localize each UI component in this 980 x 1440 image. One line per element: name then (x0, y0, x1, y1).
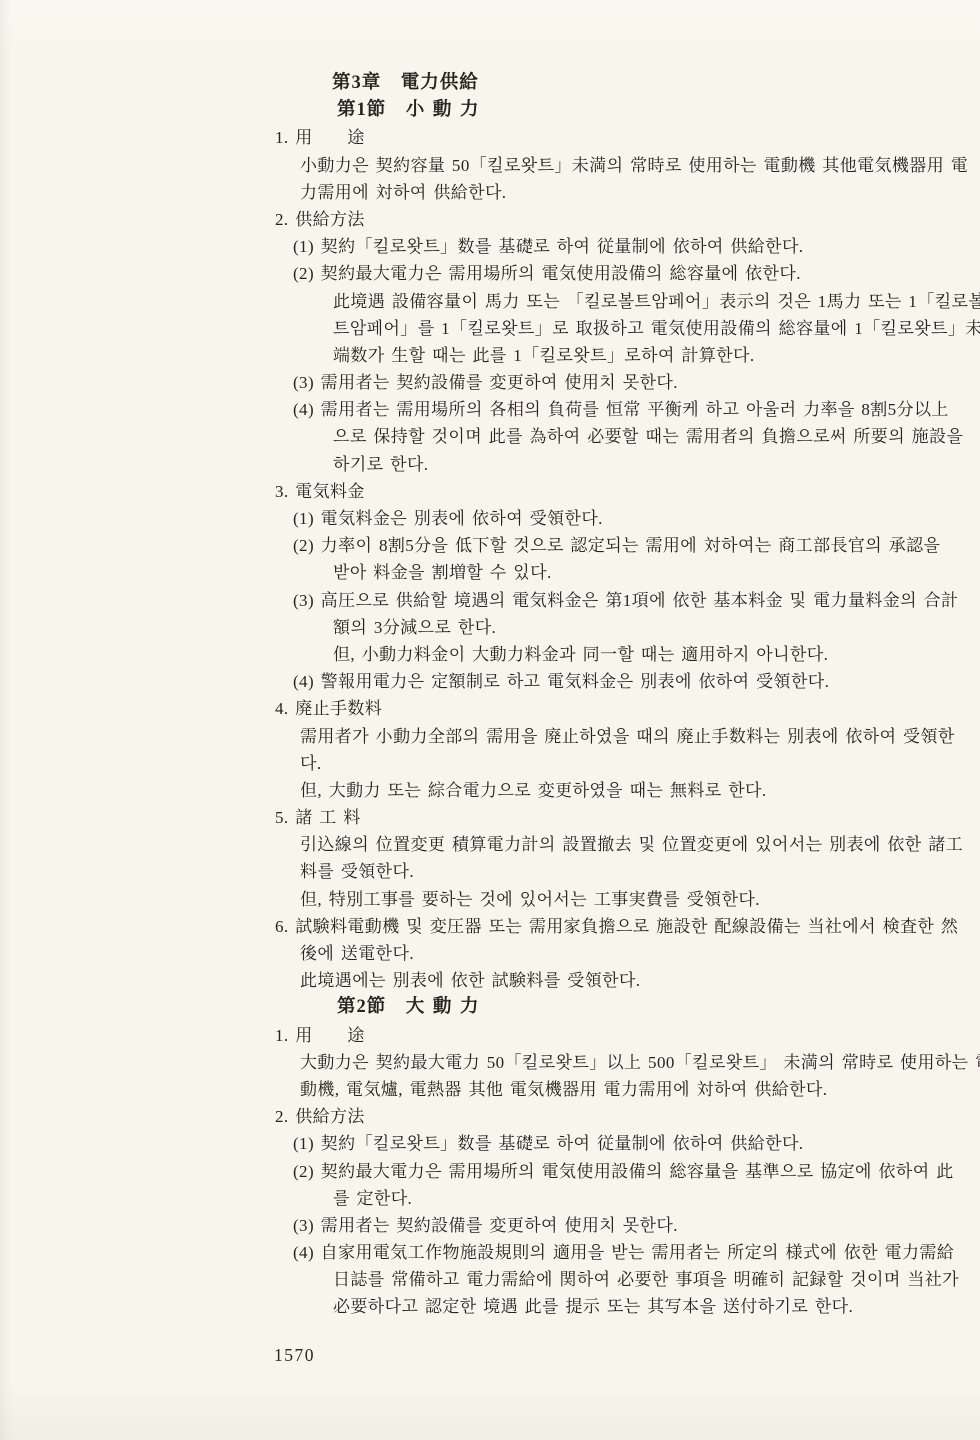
text-line: 但, 特別工事를 要하는 것에 있어서는 工事実費를 受領한다. (275, 886, 955, 913)
text-line: 으로 保持할 것이며 此를 為하여 必要할 때는 需用者의 負擔으로써 所要의 … (275, 423, 955, 450)
text-line: 需用者가 小動力全部의 需用을 廃止하였을 때의 廃止手数料는 別表에 依하여 … (275, 723, 955, 750)
section-heading: 第2節 大 動 力 (275, 994, 955, 1021)
text-line: 6. 試験料電動機 및 変圧器 또는 需用家負擔으로 施設한 配線設備는 当社에… (275, 913, 955, 940)
text-line: 받아 料金을 割増할 수 있다. (275, 559, 955, 586)
text-line: 를 定한다. (275, 1185, 955, 1212)
section-heading: 第1節 小 動 力 (275, 97, 955, 124)
text-line: 1. 用 途 (275, 1022, 955, 1049)
text-line: 트암페어」를 1「킬로왓트」로 取扱하고 電気使用設備의 総容量에 1「킬로왓트… (275, 315, 955, 342)
text-line: 다. (275, 750, 955, 777)
text-line: 2. 供給方法 (275, 1103, 955, 1130)
text-line: 但, 小動力料金이 大動力料金과 同一할 때는 適用하지 아니한다. (275, 641, 955, 668)
text-line: 日誌를 常備하고 電力需給에 関하여 必要한 事項을 明確히 記録할 것이며 当… (275, 1266, 955, 1293)
text-line: 3. 電気料金 (275, 478, 955, 505)
text-line: 2. 供給方法 (275, 206, 955, 233)
text-line: (3) 高圧으로 供給할 境遇의 電気料金은 第1項에 依한 基本料金 및 電力… (275, 587, 955, 614)
text-line: (2) 力率이 8割5分을 低下할 것으로 認定되는 需用에 対하여는 商工部長… (275, 532, 955, 559)
text-line: (1) 契約「킬로왓트」数를 基礎로 하여 従量制에 依하여 供給한다. (275, 1130, 955, 1157)
text-line: (2) 契約最大電力은 需用場所의 電気使用設備의 総容量에 依한다. (275, 260, 955, 287)
text-line: 料를 受領한다. (275, 858, 955, 885)
text-line: 하기로 한다. (275, 451, 955, 478)
text-line: 大動力은 契約最大電力 50「킬로왓트」以上 500「킬로왓트」 未満의 常時로… (275, 1049, 955, 1076)
text-line: (4) 自家用電気工作物施設規則의 適用을 받는 需用者는 所定의 様式에 依한… (275, 1239, 955, 1266)
text-line: (4) 需用者는 需用場所의 各相의 負荷를 恒常 平衡케 하고 아울러 力率을… (275, 396, 955, 423)
text-line: 5. 諸 工 料 (275, 804, 955, 831)
text-line: 動機, 電気爐, 電熱器 其他 電気機器用 電力需用에 対하여 供給한다. (275, 1076, 955, 1103)
text-line: 引込線의 位置変更 積算電力計의 設置撤去 및 位置変更에 있어서는 別表에 依… (275, 831, 955, 858)
text-line: (4) 警報用電力은 定額制로 하고 電気料金은 別表에 依하여 受領한다. (275, 668, 955, 695)
text-line: 額의 3分減으로 한다. (275, 614, 955, 641)
document-body: 第3章 電力供給第1節 小 動 力1. 用 途小動力은 契約容量 50「킬로왓트… (275, 70, 955, 1321)
text-line: (3) 需用者는 契約設備를 変更하여 使用치 못한다. (275, 1212, 955, 1239)
text-line: (3) 需用者는 契約設備를 変更하여 使用치 못한다. (275, 369, 955, 396)
text-line: (1) 契約「킬로왓트」数를 基礎로 하여 従量制에 依하여 供給한다. (275, 233, 955, 260)
text-line: 1. 用 途 (275, 124, 955, 151)
chapter-heading: 第3章 電力供給 (275, 70, 955, 97)
text-line: 後에 送電한다. (275, 940, 955, 967)
text-line: 但, 大動力 또는 綜合電力으로 変更하였을 때는 無料로 한다. (275, 777, 955, 804)
text-line: 力需用에 対하여 供給한다. (275, 179, 955, 206)
text-line: 必要하다고 認定한 境遇 此를 提示 또는 其写本을 送付하기로 한다. (275, 1293, 955, 1320)
text-line: (1) 電気料金은 別表에 依하여 受領한다. (275, 505, 955, 532)
scanned-document-page: 第3章 電力供給第1節 小 動 力1. 用 途小動力은 契約容量 50「킬로왓트… (0, 0, 980, 1440)
text-line: 小動力은 契約容量 50「킬로왓트」未満의 常時로 使用하는 電動機 其他電気機… (275, 152, 955, 179)
text-line: 4. 廃止手数料 (275, 695, 955, 722)
text-line: 此境遇 設備容量이 馬力 또는 「킬로볼트암페어」表示의 것은 1馬力 또는 1… (275, 288, 955, 315)
text-line: 此境遇에는 別表에 依한 試験料를 受領한다. (275, 967, 955, 994)
page-number: 1570 (274, 1342, 315, 1369)
text-line: (2) 契約最大電力은 需用場所의 電気使用設備의 総容量을 基準으로 協定에 … (275, 1158, 955, 1185)
text-line: 端数가 生할 때는 此를 1「킬로왓트」로하여 計算한다. (275, 342, 955, 369)
